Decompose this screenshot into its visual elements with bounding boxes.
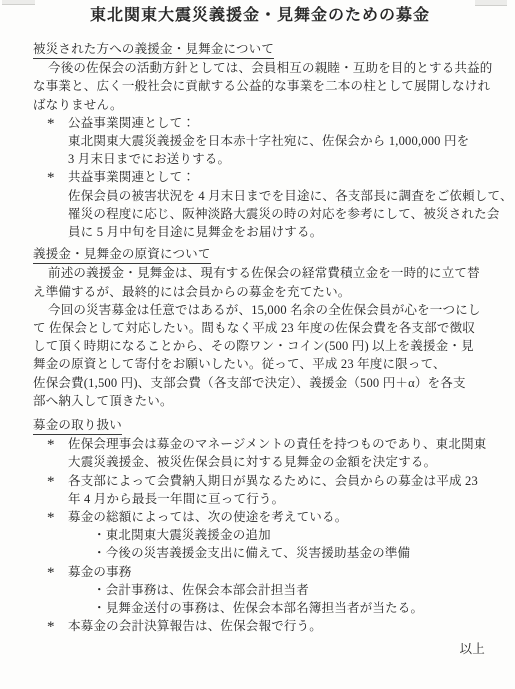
closing-label: 以上 (33, 640, 487, 658)
bullet-marker: * (47, 619, 55, 635)
bullet-marker: * (47, 170, 55, 186)
section-heading-1: 被災された方への義援金・見舞金について (33, 40, 487, 59)
sub-bullet-line: ・見舞金送付の事務は、佐保会本部名簿担当者が当たる。 (33, 599, 487, 617)
paragraph-line: 舞金の原資として寄付をお願いしたい。従って、平成 23 年度に限って、 (33, 355, 487, 373)
bullet-line: 各支部によって会費納入期日が異なるために、会員からの募金は平成 23 (68, 474, 478, 488)
bullet-line: 大震災義援金、被災佐保会員に対する見舞金の金額を決定する。 (33, 453, 487, 471)
document-content: 東北関東大震災義援金・見舞金のための募金 被災された方への義援金・見舞金について… (0, 0, 515, 658)
document-title: 東北関東大震災義援金・見舞金のための募金 (33, 6, 487, 26)
bullet-line: 員に 5 月中旬を目途に見舞金をお届けする。 (33, 223, 487, 241)
bullet-line: 年 4 月から最長一年間に亘って行う。 (33, 490, 487, 508)
bullet-item: * 本募金の会計決算報告は、佐保会報で行う。 (33, 617, 487, 635)
sub-bullet-line: ・東北関東大震災義援金の追加 (33, 526, 487, 544)
bullet-item: * 公益事業関連として： (33, 114, 487, 132)
bullet-item: * 各支部によって会費納入期日が異なるために、会員からの募金は平成 23 (33, 472, 487, 490)
bullet-item: * 共益事業関連として： (33, 168, 487, 186)
document-page: 東北関東大震災義援金・見舞金のための募金 被災された方への義援金・見舞金について… (0, 0, 515, 689)
paragraph-line: して頂く時期になることから、その際ワン・コイン(500 円) 以上を義援金・見 (33, 337, 487, 355)
paragraph-line: 前述の義援金・見舞金は、現有する佐保会の経常費積立金を一時的に立て替 (33, 264, 487, 282)
sub-bullet-line: ・今後の災害義援金支出に備えて、災害援助基金の準備 (33, 544, 487, 562)
bullet-line: 3 月末日までにお送りする。 (33, 150, 487, 168)
bullet-item: * 募金の事務 (33, 563, 487, 581)
paragraph-line: 部へ納入して頂きたい。 (33, 392, 487, 410)
bullet-line: 罹災の程度に応じ、阪神淡路大震災の時の対応を参考にして、被災された会 (33, 205, 487, 223)
bullet-marker: * (47, 474, 55, 490)
bullet-line: 本募金の会計決算報告は、佐保会報で行う。 (68, 619, 322, 633)
section-heading-2-text: 義援金・見舞金の原資について (33, 245, 211, 264)
paragraph-line: 今回の災害募金は任意ではあるが、15,000 名余の全佐保会員が心を一つにし (33, 301, 487, 319)
bullet-marker: * (47, 437, 55, 453)
bullet-line: 佐保会員の被害状況を 4 月末日までを目途に、各支部長に調査をご依頼して、 (33, 187, 487, 205)
section-heading-3: 募金の取り扱い (33, 416, 487, 435)
paragraph-line: な事業と、広く一般社会に貢献する公益的な事業を二本の柱として展開しなけれ (33, 77, 487, 95)
bullet-line: 共益事業関連として： (68, 170, 195, 184)
bullet-item: * 募金の総額によっては、次の使途を考えている。 (33, 508, 487, 526)
bullet-marker: * (47, 510, 55, 526)
bullet-line: 佐保会理事会は募金のマネージメントの責任を持つものであり、東北関東 (68, 437, 486, 451)
paragraph-line: え準備するが、最終的には会員からの募金を充てたい。 (33, 283, 487, 301)
bullet-line: 東北関東大震災義援金を日本赤十字社宛に、佐保会から 1,000,000 円を (33, 132, 487, 150)
section-heading-3-text: 募金の取り扱い (33, 416, 122, 435)
bullet-item: * 佐保会理事会は募金のマネージメントの責任を持つものであり、東北関東 (33, 435, 487, 453)
paragraph-line: ばなりません。 (33, 96, 487, 114)
bullet-line: 募金の総額によっては、次の使途を考えている。 (68, 510, 347, 524)
bullet-marker: * (47, 116, 55, 132)
bullet-line: 公益事業関連として： (68, 116, 195, 130)
bullet-marker: * (47, 565, 55, 581)
paragraph-line: 佐保会費(1,500 円)、支部会費（各支部で決定）、義援金（500 円＋α）を… (33, 374, 487, 392)
bullet-line: 募金の事務 (68, 565, 132, 579)
section-heading-1-text: 被災された方への義援金・見舞金について (33, 40, 274, 59)
paragraph-line: 今後の佐保会の活動方針としては、会員相互の親睦・互助を目的とする共益的 (33, 59, 487, 77)
sub-bullet-line: ・会計事務は、佐保会本部会計担当者 (33, 581, 487, 599)
section-heading-2: 義援金・見舞金の原資について (33, 245, 487, 264)
paragraph-line: て 佐保会として対応したい。間もなく平成 23 年度の佐保会費を各支部で徴収 (33, 319, 487, 337)
